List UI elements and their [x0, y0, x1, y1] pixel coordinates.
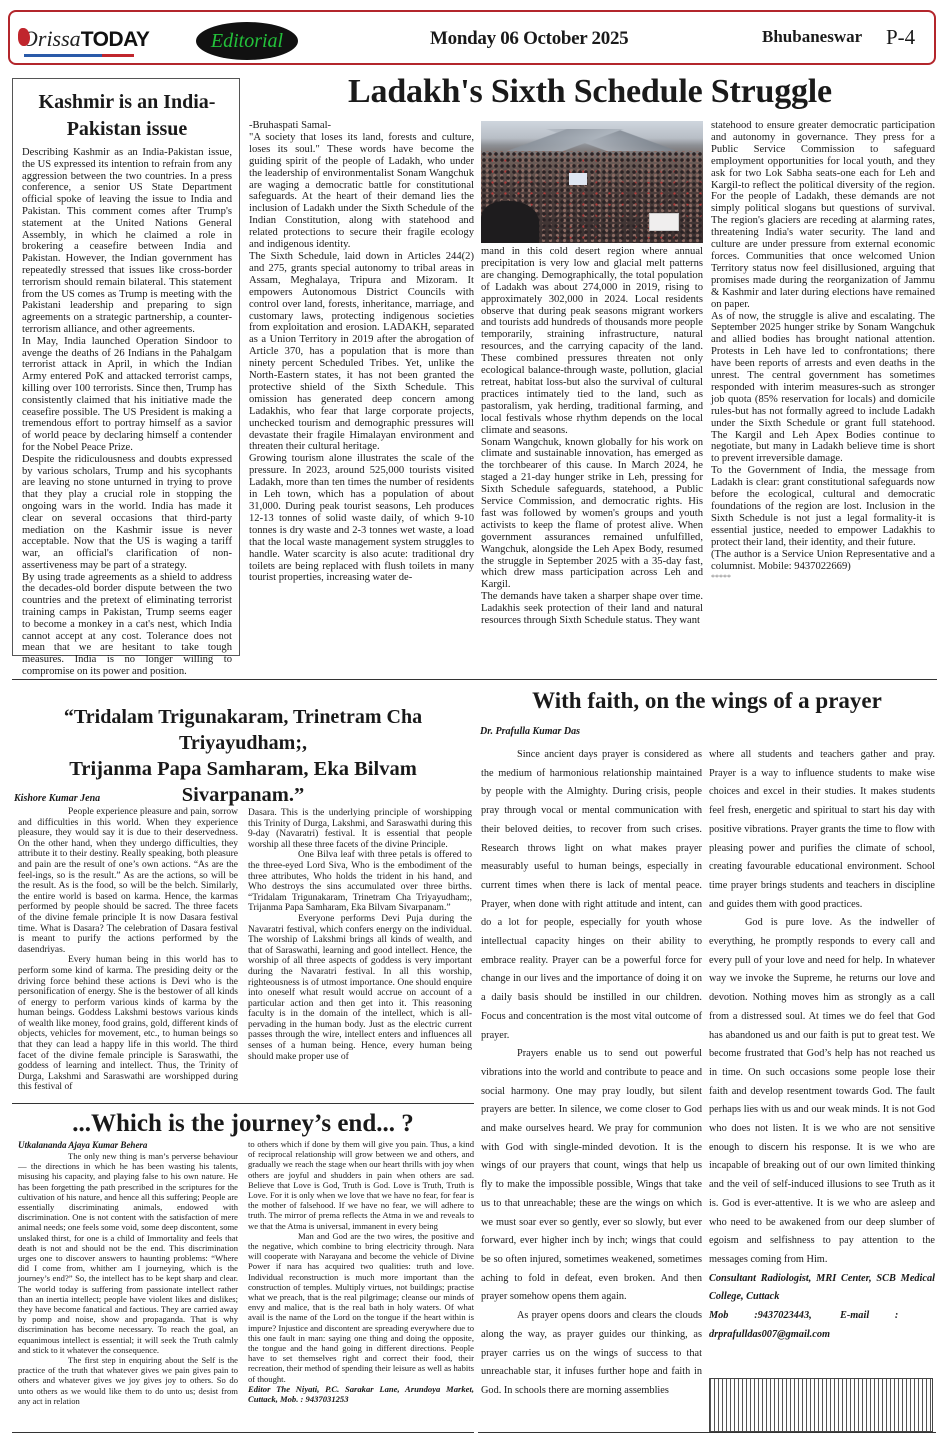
logo-orissa-text: Orissa	[22, 26, 81, 51]
journey-signature: Editor The Niyati, P.C. Sarakar Lane, Ar…	[248, 1384, 474, 1404]
kashmir-paragraph: By using trade agreements as a shield to…	[22, 572, 232, 678]
faith-paragraph: Since ancient days prayer is considered …	[481, 746, 702, 1045]
ladakh-paragraph: mand in this cold desert region where an…	[481, 246, 703, 437]
issue-date: Monday 06 October 2025	[430, 28, 628, 50]
faith-paragraph: where all students and teachers gather a…	[709, 746, 935, 914]
tridalam-column-2: Dasara. This is the underlying principle…	[248, 808, 472, 1062]
ladakh-author: -Bruhaspati Samal-	[249, 120, 474, 132]
ladakh-headline: Ladakh's Sixth Schedule Struggle	[245, 73, 935, 111]
faith-paragraph: As prayer opens doors and clears the clo…	[481, 1307, 702, 1401]
journey-paragraph: The only new thing is man’s perverse beh…	[18, 1151, 238, 1355]
journey-column-1: The only new thing is man’s perverse beh…	[18, 1151, 238, 1406]
protest-crowd-photo	[481, 121, 703, 243]
placard	[569, 173, 587, 185]
logo-today-text: TODAY	[81, 28, 150, 51]
ladakh-paragraph: The Sixth Schedule, laid down in Article…	[249, 251, 474, 453]
journey-column-2: to others which if done by them will giv…	[248, 1139, 474, 1404]
ladakh-author-note: (The author is a Service Union Represent…	[711, 549, 935, 573]
faith-headline: With faith, on the wings of a prayer	[478, 688, 936, 714]
tridalam-paragraph: Everyone performs Devi Puja during the N…	[248, 914, 472, 1062]
ladakh-paragraph: The demands have taken a sharper shape o…	[481, 591, 703, 627]
kashmir-article: Kashmir is an India-Pakistan issue Descr…	[12, 78, 240, 656]
kashmir-paragraph: Despite the ridiculousness and doubts ex…	[22, 454, 232, 572]
ladakh-paragraph: "A society that loses its land, forests …	[249, 132, 474, 251]
journey-paragraph: to others which if done by them will giv…	[248, 1139, 474, 1231]
faith-column-2: where all students and teachers gather a…	[709, 746, 935, 1345]
page-number: P-4	[886, 25, 915, 50]
tridalam-byline: Kishore Kumar Jena	[14, 793, 100, 804]
section-divider	[478, 1432, 936, 1433]
journey-paragraph: Man and God are the two wires, the posit…	[248, 1231, 474, 1384]
journey-byline: Utkalananda Ajaya Kumar Behera	[18, 1140, 147, 1150]
masthead: OrissaTODAY Editorial Monday 06 October …	[8, 10, 936, 65]
journey-paragraph: The first step in enquiring about the Se…	[18, 1355, 238, 1406]
mountains	[481, 129, 703, 151]
section-badge: Editorial	[196, 22, 298, 60]
ladakh-paragraph: Growing tourism alone illustrates the sc…	[249, 453, 474, 584]
faith-paragraph: God is pure love. As the indweller of ev…	[709, 914, 935, 1269]
ladakh-paragraph: As of now, the struggle is alive and esc…	[711, 311, 935, 466]
orissa-today-logo[interactable]: OrissaTODAY	[22, 26, 149, 52]
edition-city: Bhubaneswar	[762, 27, 862, 47]
ladakh-column-2: mand in this cold desert region where an…	[481, 246, 703, 627]
ladakh-paragraph: Sonam Wangchuk, known globally for his w…	[481, 437, 703, 592]
tridalam-paragraph: One Bilva leaf with three petals is offe…	[248, 850, 472, 914]
faith-email[interactable]: drprafulldas007@gmail.com	[709, 1326, 935, 1345]
tridalam-paragraph: Dasara. This is the underlying principle…	[248, 808, 472, 850]
logo-underline-accent	[102, 54, 134, 57]
kashmir-headline: Kashmir is an India-Pakistan issue	[22, 89, 232, 143]
faith-column-1: Since ancient days prayer is considered …	[481, 746, 702, 1401]
journey-headline: ...Which is the journey’s end... ?	[12, 1110, 474, 1138]
section-divider	[12, 1103, 474, 1104]
tridalam-column-1: People experience pleasure and pain, sor…	[18, 807, 238, 1093]
faith-signature: Consultant Radiologist, MRI Center, SCB …	[709, 1270, 935, 1307]
tridalam-paragraph: Every human being in this world has to p…	[18, 955, 238, 1093]
faith-paragraph: Prayers enable us to send out powerful v…	[481, 1045, 702, 1307]
barcode-filler	[709, 1378, 933, 1432]
headline-line: “Tridalam Trigunakaram, Trinetram Cha	[12, 704, 474, 730]
odisha-map-icon	[18, 28, 30, 46]
foreground-figure	[481, 201, 539, 243]
tridalam-paragraph: People experience pleasure and pain, sor…	[18, 807, 238, 955]
faith-contact: Mob :9437023443, E-mail :	[709, 1307, 935, 1326]
ladakh-paragraph: statehood to ensure greater democratic p…	[711, 120, 935, 311]
ladakh-end-mark: *****	[711, 572, 935, 584]
kashmir-paragraph: Describing Kashmir as an India-Pakistan …	[22, 147, 232, 336]
kashmir-paragraph: In May, India launched Operation Sindoor…	[22, 336, 232, 454]
ladakh-column-3: statehood to ensure greater democratic p…	[711, 120, 935, 584]
headline-line: Triyayudham;,	[12, 730, 474, 756]
section-divider	[12, 1432, 474, 1433]
ladakh-paragraph: To the Government of India, the message …	[711, 465, 935, 548]
section-divider	[12, 679, 937, 680]
placard	[649, 213, 679, 231]
faith-byline: Dr. Prafulla Kumar Das	[480, 726, 580, 737]
ladakh-column-1: -Bruhaspati Samal- "A society that loses…	[249, 120, 474, 584]
